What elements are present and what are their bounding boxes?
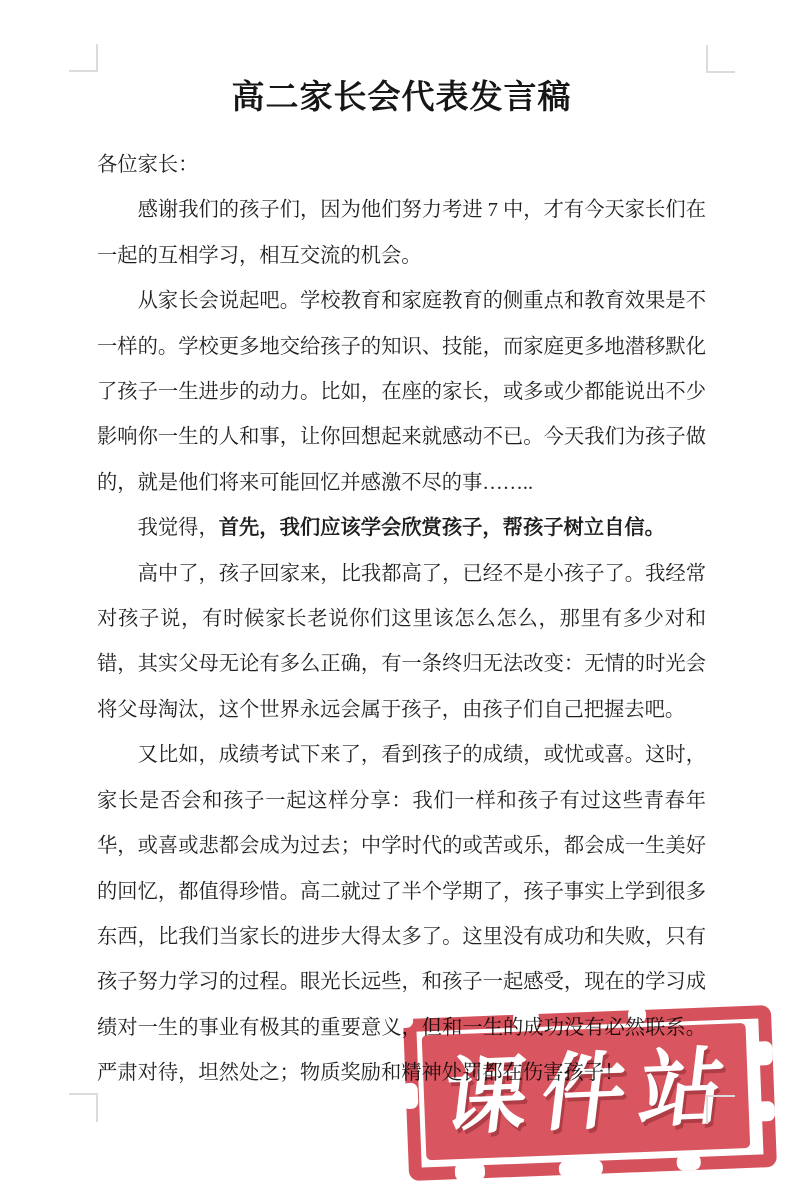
document-content: 高二家长会代表发言稿 各位家长：感谢我们的孩子们，因为他们努力考进 7 中，才有… <box>97 70 706 1097</box>
paragraph: 感谢我们的孩子们，因为他们努力考进 7 中，才有今天家长们在一起的互相学习，相互… <box>97 188 706 279</box>
stamp-fill: 课件站 <box>422 1023 751 1160</box>
text-run: 感谢我们的孩子们，因为他们努力考进 7 中，才有今天家长们在一起的互相学习，相互… <box>97 199 706 266</box>
stamp-distress-mark <box>455 1162 486 1181</box>
margin-crop-mark-bottom-left <box>69 1093 98 1122</box>
document-title: 高二家长会代表发言稿 <box>97 70 706 123</box>
stamp-distress-mark <box>401 1083 418 1110</box>
margin-crop-mark-top-left <box>69 44 98 72</box>
stamp-distress-mark <box>752 1041 773 1066</box>
document-page: 高二家长会代表发言稿 各位家长：感谢我们的孩子们，因为他们努力考进 7 中，才有… <box>0 0 800 1200</box>
kejianzhan-stamp-watermark: 课件站 <box>403 1005 777 1181</box>
paragraph: 从家长会说起吧。学校教育和家庭教育的侧重点和教育效果是不一样的。学校更多地交给孩… <box>97 279 706 506</box>
paragraph: 我觉得，首先，我们应该学会欣赏孩子，帮孩子树立自信。 <box>97 506 706 551</box>
stamp-distress-mark <box>513 1010 540 1029</box>
paragraph: 高中了，孩子回家来，比我都高了，已经不是小孩子了。我经常对孩子说，有时候家长老说… <box>97 552 706 734</box>
paragraph: 各位家长： <box>97 143 706 188</box>
stamp-distress-mark <box>756 1101 775 1122</box>
margin-crop-mark-top-right <box>706 45 735 73</box>
text-run: 从家长会说起吧。学校教育和家庭教育的侧重点和教育效果是不一样的。学校更多地交给孩… <box>97 290 706 494</box>
text-run: 高中了，孩子回家来，比我都高了，已经不是小孩子了。我经常对孩子说，有时候家长老说… <box>97 563 706 721</box>
stamp-distress-mark <box>628 1007 647 1024</box>
stamp-distress-mark <box>676 1154 701 1171</box>
document-body: 各位家长：感谢我们的孩子们，因为他们努力考进 7 中，才有今天家长们在一起的互相… <box>97 143 706 1097</box>
text-run: 我觉得， <box>138 517 219 539</box>
text-run: 各位家长： <box>97 154 198 176</box>
text-run: 首先，我们应该学会欣赏孩子，帮孩子树立自信。 <box>219 517 665 539</box>
stamp-distress-mark <box>559 1160 604 1178</box>
margin-crop-mark-bottom-right <box>706 1095 735 1124</box>
stamp-text: 课件站 <box>429 1044 743 1140</box>
